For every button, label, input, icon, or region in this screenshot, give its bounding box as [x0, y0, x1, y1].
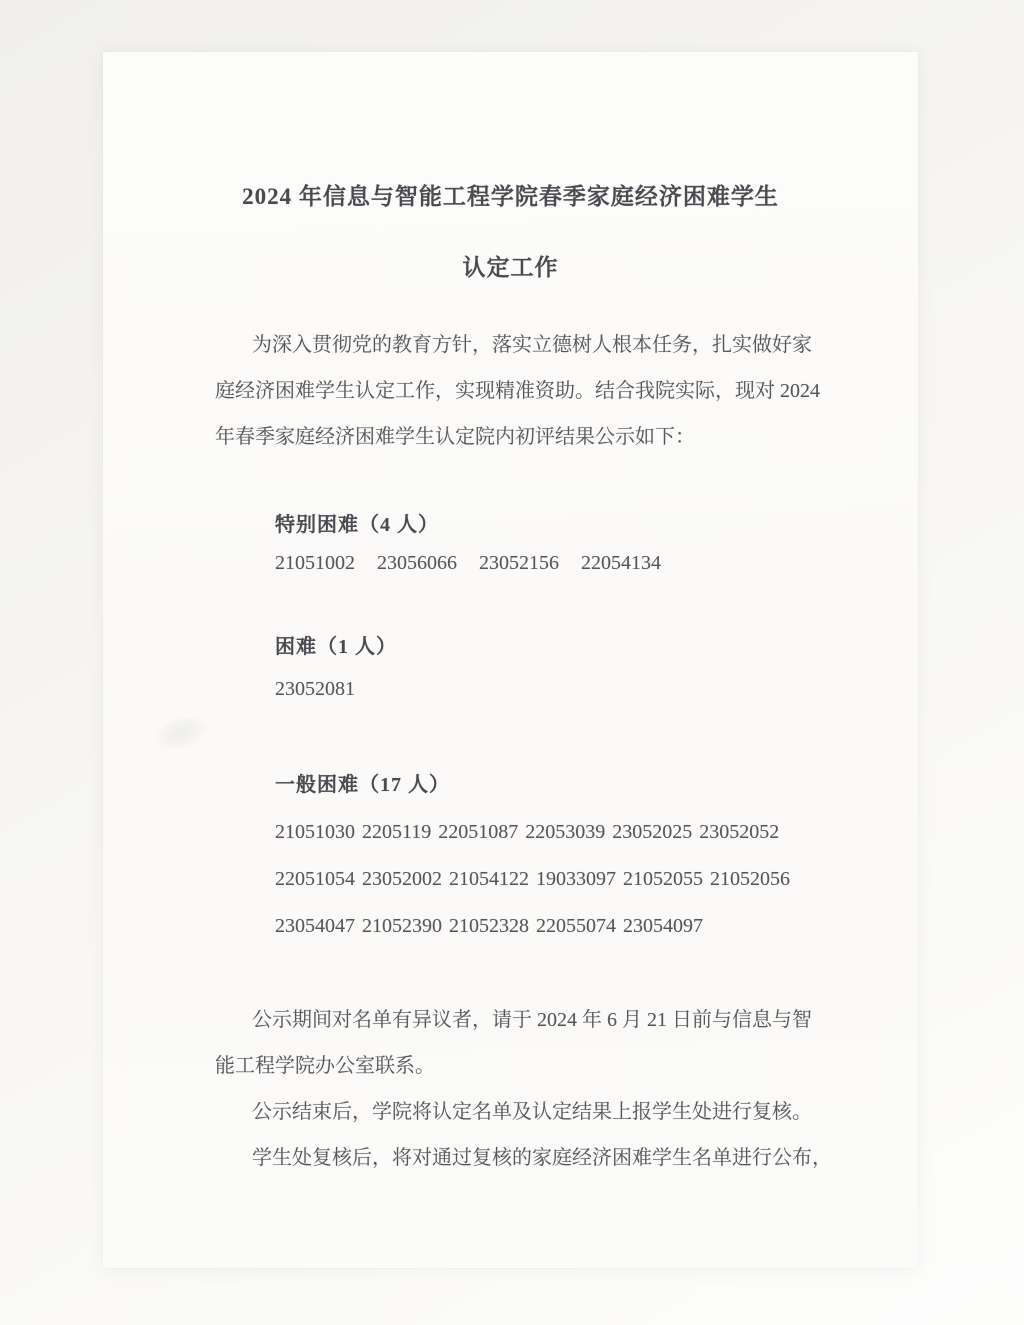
- category-heading-difficulty: 困难（1 人）: [275, 630, 397, 659]
- closing-line-3: 公示结束后，学院将认定名单及认定结果上报学生处进行复核。: [215, 1089, 832, 1135]
- pencil-smudge-mark: [152, 711, 211, 756]
- general-ids-line-3: 23054047 21052390 21052328 22055074 2305…: [275, 903, 790, 950]
- intro-line-2: 庭经济困难学生认定工作，实现精准资助。结合我院实际，现对 2024: [215, 368, 820, 414]
- category-ids-difficulty: 23052081: [275, 678, 355, 701]
- closing-line-2: 能工程学院办公室联系。: [215, 1043, 832, 1089]
- category-ids-general-difficulty: 21051030 2205119 22051087 22053039 23052…: [275, 809, 790, 950]
- category-heading-general-difficulty: 一般困难（17 人）: [275, 768, 450, 797]
- intro-paragraph: 为深入贯彻党的教育方针，落实立德树人根本任务，扎实做好家 庭经济困难学生认定工作…: [215, 322, 820, 460]
- scanned-document-page: 2024 年信息与智能工程学院春季家庭经济困难学生 认定工作 为深入贯彻党的教育…: [103, 52, 918, 1268]
- closing-line-1: 公示期间对名单有异议者，请于 2024 年 6 月 21 日前与信息与智: [215, 997, 832, 1043]
- general-ids-line-2: 22051054 23052002 21054122 19033097 2105…: [275, 856, 790, 903]
- category-heading-special-difficulty: 特别困难（4 人）: [275, 508, 439, 537]
- intro-line-1: 为深入贯彻党的教育方针，落实立德树人根本任务，扎实做好家: [215, 322, 820, 368]
- closing-line-4: 学生处复核后，将对通过复核的家庭经济困难学生名单进行公布，: [215, 1135, 832, 1181]
- document-title-line2: 认定工作: [103, 249, 918, 282]
- intro-line-3: 年春季家庭经济困难学生认定院内初评结果公示如下：: [215, 414, 820, 460]
- document-title-line1: 2024 年信息与智能工程学院春季家庭经济困难学生: [103, 178, 918, 211]
- closing-paragraphs: 公示期间对名单有异议者，请于 2024 年 6 月 21 日前与信息与智 能工程…: [215, 997, 832, 1181]
- category-ids-special-difficulty: 21051002 23056066 23052156 22054134: [275, 552, 661, 575]
- general-ids-line-1: 21051030 2205119 22051087 22053039 23052…: [275, 809, 790, 856]
